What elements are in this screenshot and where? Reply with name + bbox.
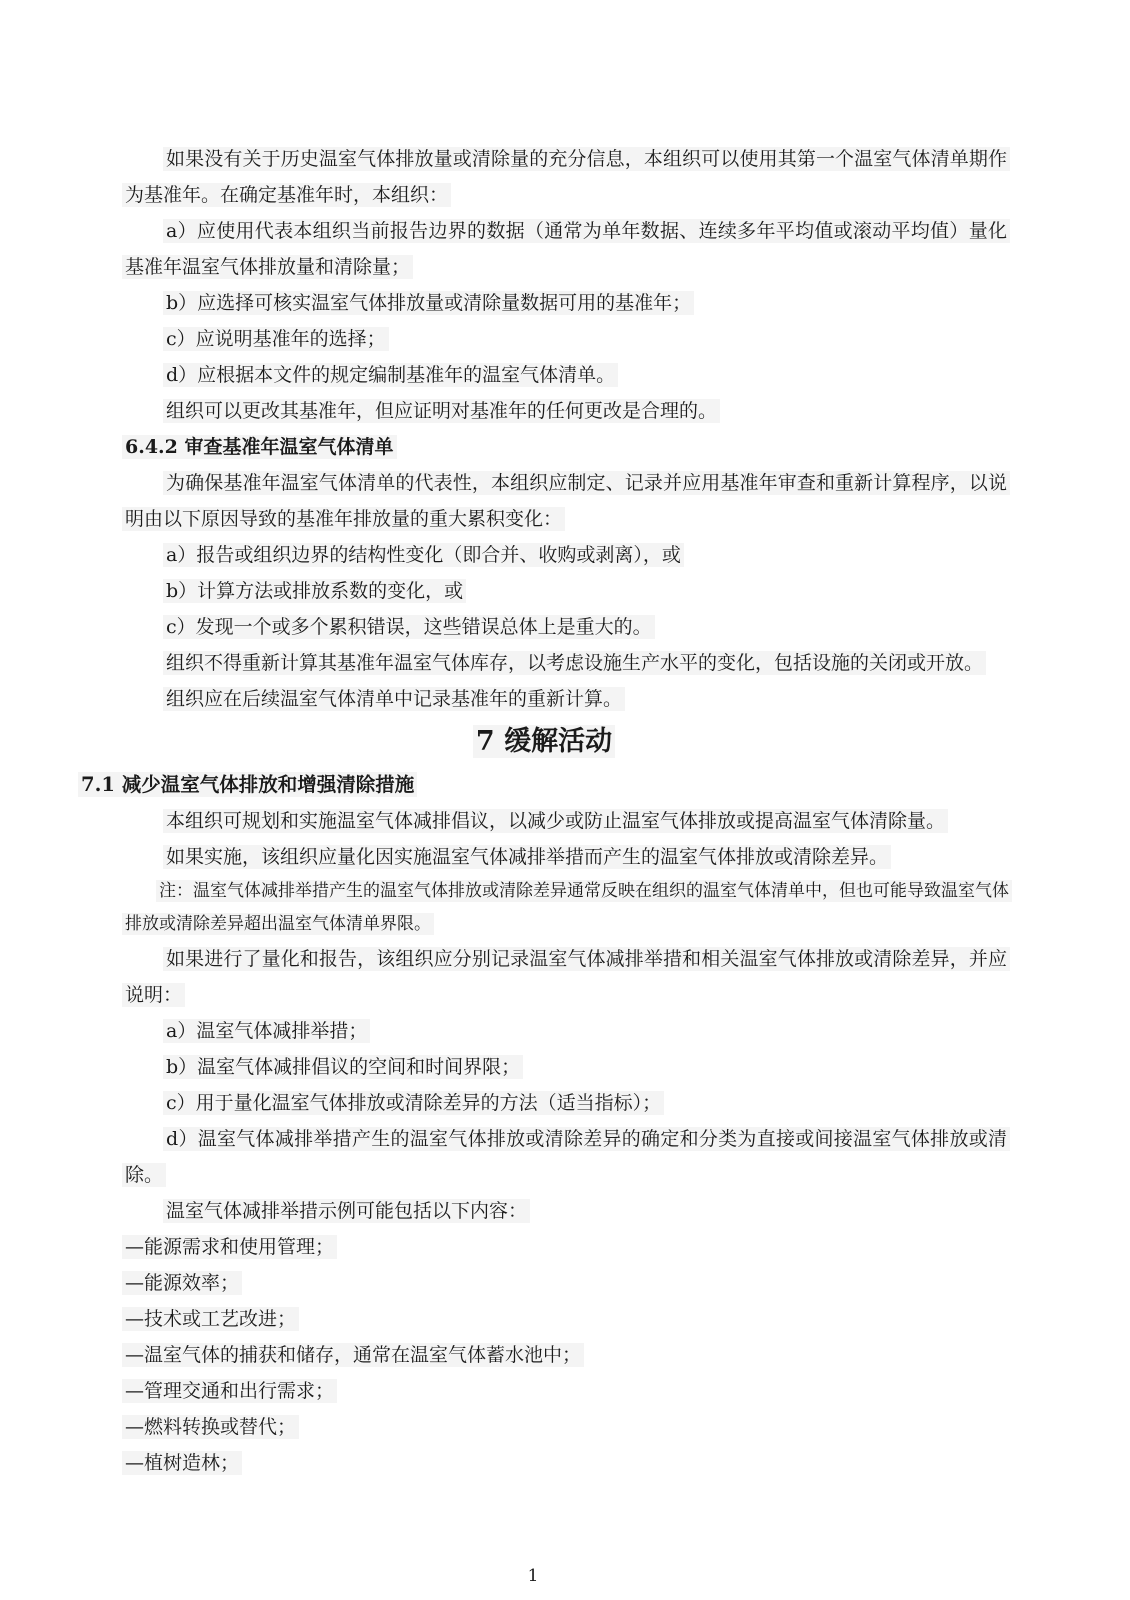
list-item-text: a）温室气体减排举措； [163, 1019, 370, 1043]
paragraph-text: 如果没有关于历史温室气体排放量或清除量的充分信息，本组织可以使用其第一个温室气体… [122, 147, 1010, 207]
paragraph-text: 温室气体减排举措示例可能包括以下内容： [163, 1199, 530, 1223]
list-item-text: c）应说明基准年的选择； [163, 327, 389, 351]
dash-item-technology: —技术或工艺改进； [122, 1301, 1010, 1337]
paragraph-text: 本组织可规划和实施温室气体减排倡议，以减少或防止温室气体排放或提高温室气体清除量… [163, 809, 948, 833]
list-item-71-a: a）温室气体减排举措； [122, 1013, 1010, 1049]
dash-item-capture-storage: —温室气体的捕获和储存，通常在温室气体蓄水池中； [122, 1337, 1010, 1373]
page-content: 如果没有关于历史温室气体排放量或清除量的充分信息，本组织可以使用其第一个温室气体… [0, 0, 1130, 1481]
dash-item-energy-demand: —能源需求和使用管理； [122, 1229, 1010, 1265]
list-item-text: d）应根据本文件的规定编制基准年的温室气体清单。 [163, 363, 618, 387]
list-item-71-d: d）温室气体减排举措产生的温室气体排放或清除差异的确定和分类为直接或间接温室气体… [122, 1121, 1010, 1193]
list-item-base-year-d: d）应根据本文件的规定编制基准年的温室气体清单。 [122, 357, 1010, 393]
dash-item-text: —技术或工艺改进； [122, 1307, 299, 1331]
paragraph-base-year-change: 组织可以更改其基准年，但应证明对基准年的任何更改是合理的。 [122, 393, 1010, 429]
dash-item-energy-efficiency: —能源效率； [122, 1265, 1010, 1301]
dash-item-fuel-switch: —燃料转换或替代； [122, 1409, 1010, 1445]
paragraph-71-report: 如果进行了量化和报告，该组织应分别记录温室气体减排举措和相关温室气体排放或清除差… [122, 941, 1010, 1013]
section-heading-6-4-2: 6.4.2 审查基准年温室气体清单 [122, 429, 1010, 465]
list-item-text: c）用于量化温室气体排放或清除差异的方法（适当指标）； [163, 1091, 664, 1115]
dash-item-text: —燃料转换或替代； [122, 1415, 299, 1439]
paragraph-71-quantify: 如果实施，该组织应量化因实施温室气体减排举措而产生的温室气体排放或清除差异。 [122, 839, 1010, 875]
list-item-71-b: b）温室气体减排倡议的空间和时间界限； [122, 1049, 1010, 1085]
list-item-71-c: c）用于量化温室气体排放或清除差异的方法（适当指标）； [122, 1085, 1010, 1121]
paragraph-71-plan: 本组织可规划和实施温室气体减排倡议，以减少或防止温室气体排放或提高温室气体清除量… [122, 803, 1010, 839]
list-item-base-year-a: a）应使用代表本组织当前报告边界的数据（通常为单年数据、连续多年平均值或滚动平均… [122, 213, 1010, 285]
paragraph-642-record: 组织应在后续温室气体清单中记录基准年的重新计算。 [122, 681, 1010, 717]
list-item-text: d）温室气体减排举措产生的温室气体排放或清除差异的确定和分类为直接或间接温室气体… [122, 1127, 1010, 1187]
paragraph-text: 组织应在后续温室气体清单中记录基准年的重新计算。 [163, 687, 625, 711]
section-heading-text: 7.1 减少温室气体排放和增强清除措施 [78, 772, 417, 797]
list-item-text: b）计算方法或排放系数的变化，或 [163, 579, 466, 603]
list-item-text: b）应选择可核实温室气体排放量或清除量数据可用的基准年； [163, 291, 694, 315]
paragraph-base-year-intro: 如果没有关于历史温室气体排放量或清除量的充分信息，本组织可以使用其第一个温室气体… [122, 141, 1010, 213]
dash-item-transport: —管理交通和出行需求； [122, 1373, 1010, 1409]
list-item-text: b）温室气体减排倡议的空间和时间界限； [163, 1055, 523, 1079]
list-item-text: c）发现一个或多个累积错误，这些错误总体上是重大的。 [163, 615, 655, 639]
paragraph-text: 组织不得重新计算其基准年温室气体库存，以考虑设施生产水平的变化，包括设施的关闭或… [163, 651, 986, 675]
dash-item-text: —能源效率； [122, 1271, 242, 1295]
chapter-heading-7: 7 缓解活动 [78, 719, 1010, 765]
list-item-base-year-b: b）应选择可核实温室气体排放量或清除量数据可用的基准年； [122, 285, 1010, 321]
list-item-642-a: a）报告或组织边界的结构性变化（即合并、收购或剥离），或 [122, 537, 1010, 573]
paragraph-text: 如果实施，该组织应量化因实施温室气体减排举措而产生的温室气体排放或清除差异。 [163, 845, 891, 869]
section-heading-7-1: 7.1 减少温室气体排放和增强清除措施 [78, 767, 1010, 803]
paragraph-71-examples-intro: 温室气体减排举措示例可能包括以下内容： [122, 1193, 1010, 1229]
list-item-642-b: b）计算方法或排放系数的变化，或 [122, 573, 1010, 609]
page-number: 1 [0, 1566, 1066, 1586]
paragraph-text: 组织可以更改其基准年，但应证明对基准年的任何更改是合理的。 [163, 399, 720, 423]
list-item-base-year-c: c）应说明基准年的选择； [122, 321, 1010, 357]
dash-item-text: —管理交通和出行需求； [122, 1379, 337, 1403]
dash-item-text: —植树造林； [122, 1451, 242, 1475]
list-item-text: a）应使用代表本组织当前报告边界的数据（通常为单年数据、连续多年平均值或滚动平均… [122, 219, 1010, 279]
document-page: 如果没有关于历史温室气体排放量或清除量的充分信息，本组织可以使用其第一个温室气体… [0, 0, 1130, 1600]
list-item-642-c: c）发现一个或多个累积错误，这些错误总体上是重大的。 [122, 609, 1010, 645]
paragraph-text: 为确保基准年温室气体清单的代表性，本组织应制定、记录并应用基准年审查和重新计算程… [122, 471, 1010, 531]
paragraph-71-note: 注：温室气体减排举措产生的温室气体排放或清除差异通常反映在组织的温室气体清单中，… [122, 875, 1010, 941]
dash-item-text: —温室气体的捕获和储存，通常在温室气体蓄水池中； [122, 1343, 584, 1367]
dash-item-text: —能源需求和使用管理； [122, 1235, 337, 1259]
list-item-text: a）报告或组织边界的结构性变化（即合并、收购或剥离），或 [163, 543, 684, 567]
paragraph-642-intro: 为确保基准年温室气体清单的代表性，本组织应制定、记录并应用基准年审查和重新计算程… [122, 465, 1010, 537]
paragraph-642-no-recalc: 组织不得重新计算其基准年温室气体库存，以考虑设施生产水平的变化，包括设施的关闭或… [122, 645, 1010, 681]
chapter-heading-text: 7 缓解活动 [473, 725, 615, 758]
note-text: 注：温室气体减排举措产生的温室气体排放或清除差异通常反映在组织的温室气体清单中，… [122, 880, 1012, 935]
paragraph-text: 如果进行了量化和报告，该组织应分别记录温室气体减排举措和相关温室气体排放或清除差… [122, 947, 1010, 1007]
dash-item-afforestation: —植树造林； [122, 1445, 1010, 1481]
section-heading-text: 6.4.2 审查基准年温室气体清单 [122, 435, 397, 459]
